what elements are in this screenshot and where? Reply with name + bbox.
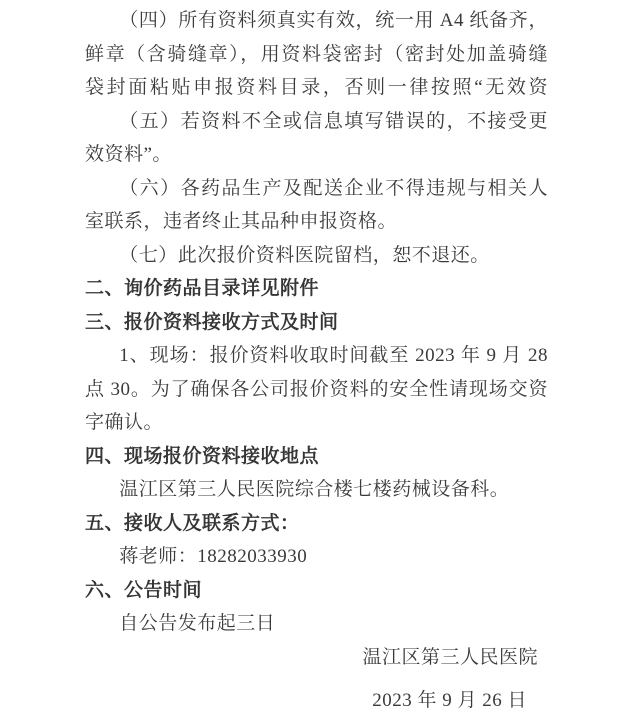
signature-org: 温江区第三人民医院 bbox=[85, 641, 548, 675]
heading-section-4: 四、现场报价资料接收地点 bbox=[85, 440, 548, 474]
document-body: （四）所有资料须真实有效，统一用 A4 纸备齐，加盖单位 鲜章（含骑缝章），用资… bbox=[85, 4, 548, 713]
notice-period-line: 自公告发布起三日 bbox=[85, 607, 548, 641]
clause-4-line-2: 鲜章（含骑缝章），用资料袋密封（密封处加盖骑缝章），资料 bbox=[85, 38, 548, 72]
address-line: 温江区第三人民医院综合楼七楼药械设备科。 bbox=[85, 473, 548, 507]
signature-date: 2023 年 9 月 26 日 bbox=[85, 684, 548, 713]
heading-section-5: 五、接收人及联系方式： bbox=[85, 507, 548, 541]
clause-7-line: （七）此次报价资料医院留档，恕不退还。 bbox=[85, 239, 548, 273]
item-1-line-2: 点 30。为了确保各公司报价资料的安全性请现场交资料，并签 bbox=[85, 373, 548, 407]
item-1-line-1: 1、现场：报价资料收取时间截至 2023 年 9 月 28 日下午 17 bbox=[85, 339, 548, 373]
clause-4-line-1: （四）所有资料须真实有效，统一用 A4 纸备齐，加盖单位 bbox=[85, 4, 548, 38]
clause-5-line-2: 效资料”。 bbox=[85, 138, 548, 172]
contact-line: 蒋老师：18282033930 bbox=[85, 540, 548, 574]
item-1-line-3: 字确认。 bbox=[85, 406, 548, 440]
heading-section-6: 六、公告时间 bbox=[85, 574, 548, 608]
heading-section-3: 三、报价资料接收方式及时间 bbox=[85, 306, 548, 340]
document-page: （四）所有资料须真实有效，统一用 A4 纸备齐，加盖单位 鲜章（含骑缝章），用资… bbox=[0, 0, 633, 713]
clause-4-line-3: 袋封面粘贴申报资料目录，否则一律按照“无效资料”处理。 bbox=[85, 71, 548, 105]
heading-section-2: 二、询价药品目录详见附件 bbox=[85, 272, 548, 306]
clause-6-line-1: （六）各药品生产及配送企业不得违规与相关人员及临床科 bbox=[85, 172, 548, 206]
clause-6-line-2: 室联系，违者终止其品种申报资格。 bbox=[85, 205, 548, 239]
clause-5-line-1: （五）若资料不全或信息填写错误的，不接受更正，视为“无 bbox=[85, 105, 548, 139]
